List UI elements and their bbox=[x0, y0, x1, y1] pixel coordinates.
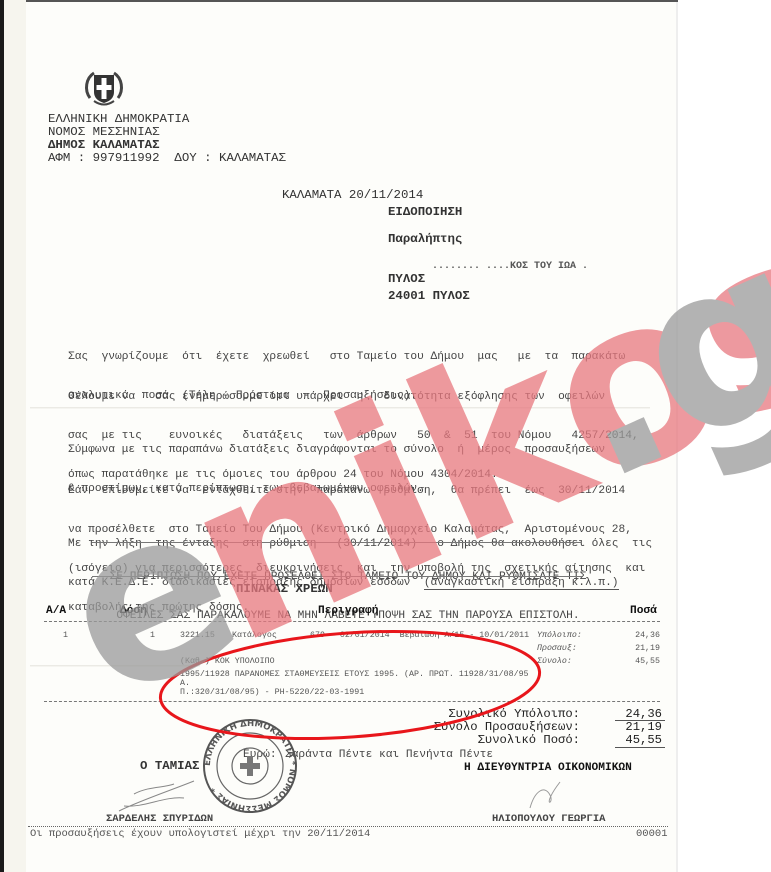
col-amounts: Ποσά bbox=[630, 605, 657, 618]
row-amount-value: 45,55 bbox=[620, 656, 660, 667]
amount-words-text: Σαράντα Πέντε και Πενήντα Πέντε bbox=[285, 749, 493, 762]
director-title: Η ΔΙΕΥΘΥΝΤΡΙΑ ΟΙΚΟΝΟΜΙΚΩΝ bbox=[464, 762, 632, 775]
cashier-signature-icon bbox=[114, 776, 204, 816]
footer-rule bbox=[28, 826, 668, 827]
notice-box: ΣΕ ΠΕΡΙΠΤΩΣΗ ΠΟΥ ΕΧΕΤΕ ΠΡΟΣΕΛΘΕΙ ΣΤΟ ΤΑΜ… bbox=[108, 545, 588, 636]
page-code: 00001 bbox=[636, 828, 668, 841]
cashier-name: ΣΑΡΔΕΛΗΣ ΣΠΥΡΙΔΩΝ bbox=[106, 813, 213, 826]
row-amount-label: Σύνολο: bbox=[537, 656, 572, 667]
table-header-rule bbox=[44, 621, 660, 622]
paper-fold bbox=[30, 665, 200, 667]
scan-strip bbox=[4, 0, 26, 872]
recipient-label: Παραλήπτης bbox=[388, 233, 462, 247]
greek-coat-of-arms-icon bbox=[82, 68, 126, 112]
paragraph-line: Θέλουμε να σας ενημερώσουμε ότι υπάρχει … bbox=[68, 391, 639, 404]
col-dosi: Δόση bbox=[120, 605, 147, 618]
director-name: ΗΛΙΟΠΟΥΛΟΥ ΓΕΩΡΓΙΑ bbox=[492, 813, 605, 826]
place-date: ΚΑΛΑΜΑΤΑ 20/11/2014 bbox=[282, 189, 423, 203]
col-description: Περιγραφή bbox=[318, 605, 378, 618]
notice-line: ΣΕ ΠΕΡΙΠΤΩΣΗ ΠΟΥ ΕΧΕΤΕ ΠΡΟΣΕΛΘΕΙ ΣΤΟ ΤΑΜ… bbox=[108, 571, 588, 584]
municipal-seal-icon: ΕΛΛΗΝΙΚΗ ΔΗΜΟΚΡΑΤΙΑ * ΝΟΜΟΣ ΜΕΣΣΗΝΙΑΣ * bbox=[200, 716, 300, 816]
row-amount-value: 24,36 bbox=[620, 630, 660, 641]
total-amount-label: Συνολικό Ποσό: bbox=[420, 734, 580, 747]
paragraph-line: Σας γνωρίζουμε ότι έχετε χρεωθεί στο Ταμ… bbox=[68, 351, 625, 364]
row-code: 3221.15 bbox=[180, 630, 215, 641]
row-amount-label: Υπόλοιπο: bbox=[537, 630, 582, 641]
total-amount-value: 45,55 bbox=[612, 734, 662, 747]
paragraph-line: Σύμφωνα με τις παραπάνω διατάξεις διαγρά… bbox=[68, 444, 605, 457]
recipient-redacted: ........ ....ΚΟΣ ΤΟΥ ΙΩΑ . bbox=[432, 260, 588, 268]
recipient-postal: 24001 ΠΥΛΟΣ bbox=[388, 290, 470, 304]
col-aa: Α/Α bbox=[46, 605, 66, 618]
table-bottom-rule bbox=[44, 701, 660, 702]
recipient-city: ΠΥΛΟΣ bbox=[388, 273, 425, 287]
paper-fold bbox=[30, 407, 650, 409]
row-amount-label: Προσαυξ: bbox=[537, 643, 577, 654]
row-detail-line: 1995/11928 ΠΑΡΑΝΟΜΕΣ ΣΤΑΘΜΕΥΣΕΙΣ ΕΤΟΥΣ 1… bbox=[180, 669, 529, 680]
footer-note: Οι προσαυξήσεις έχουν υπολογιστεί μέχρι … bbox=[30, 828, 370, 841]
row-detail-line: Π.:320/31/08/95) - ΡΗ-5220/22-03-1991 bbox=[180, 687, 364, 698]
row-ref: 679 - 02/01/2014 Βεβαίωση Α/15 - 10/01/2… bbox=[310, 630, 529, 641]
cashier-title: Ο ΤΑΜΙΑΣ bbox=[140, 760, 200, 774]
header-tax-line: ΑΦΜ : 997911992 ΔΟΥ : ΚΑΛΑΜΑΤΑΣ bbox=[48, 152, 286, 166]
director-signature-icon bbox=[520, 780, 570, 810]
notice-bottom-rule bbox=[92, 576, 582, 577]
row-dosi: 1 bbox=[150, 630, 155, 641]
total-underline bbox=[615, 747, 665, 748]
paragraph-line: Εάν επιθυμείτε να ενταχθείτε στην παραπά… bbox=[68, 485, 645, 498]
row-aa: 1 bbox=[63, 630, 68, 641]
row-type: Κατάλογος bbox=[232, 630, 277, 641]
total-underline bbox=[615, 720, 665, 721]
document-title: ΕΙΔΟΠΟΙΗΣΗ bbox=[388, 206, 462, 220]
table-title: ΠΙΝΑΚΑΣ ΧΡΕΩΝ bbox=[236, 583, 333, 597]
notice-top-rule bbox=[92, 542, 582, 543]
row-amount-value: 21,19 bbox=[620, 643, 660, 654]
